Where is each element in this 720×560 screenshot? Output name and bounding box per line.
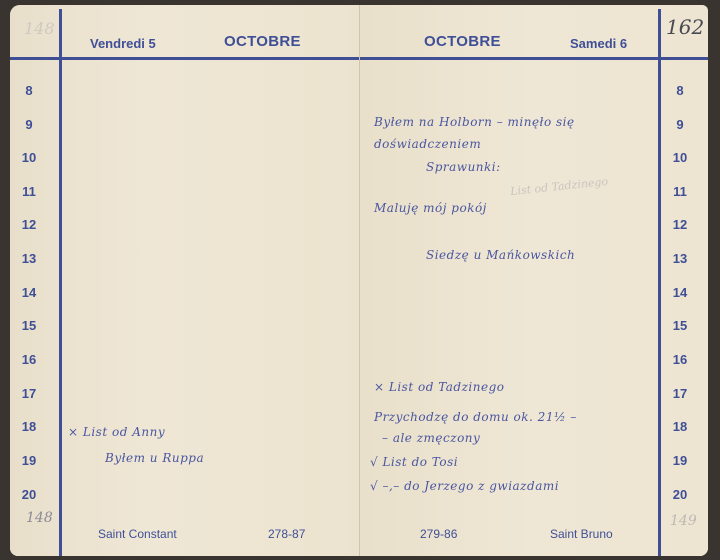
hour-label: 18 [14,419,44,434]
left-page-number: 148 [26,510,53,526]
right-page: OCTOBRE Samedi 6 162 8 9 10 11 12 13 14 … [360,5,708,556]
hour-label: 10 [14,150,44,165]
hour-label: 15 [665,318,695,333]
right-page-number: 149 [670,513,697,529]
hour-label: 8 [14,83,44,98]
handwritten-entry: doświadczeniem [374,137,481,151]
diary-spread: 148 Vendredi 5 OCTOBRE 8 9 10 11 12 13 1… [10,5,708,556]
hour-label: 12 [14,217,44,232]
right-margin-rule [658,9,661,556]
right-day-count: 279-86 [420,527,457,541]
hour-label: 16 [14,352,44,367]
left-margin-rule [59,9,62,556]
hour-label: 16 [665,352,695,367]
hour-label: 20 [14,487,44,502]
hour-label: 20 [665,487,695,502]
handwritten-entry: √ List do Tosi [370,455,458,469]
left-saint: Saint Constant [98,527,177,541]
left-header-rule [10,57,360,60]
handwritten-entry: Przychodzę do domu ok. 21½ – [374,410,577,424]
left-page: 148 Vendredi 5 OCTOBRE 8 9 10 11 12 13 1… [10,5,360,556]
left-day-label: Vendredi 5 [90,36,156,51]
hour-label: 13 [665,251,695,266]
hour-label: 17 [665,386,695,401]
left-month: OCTOBRE [224,33,301,50]
hour-label: 10 [665,150,695,165]
hour-label: 19 [14,453,44,468]
right-page-number-top: 162 [666,15,704,39]
hour-label: 14 [14,285,44,300]
left-day-count: 278-87 [268,527,305,541]
handwritten-entry: Byłem na Holborn – minęło się [374,115,575,129]
hour-label: 18 [665,419,695,434]
handwritten-entry: × List od Anny [68,425,165,439]
left-page-number-top: 148 [24,19,55,38]
handwritten-entry: Sprawunki: [426,160,501,174]
handwritten-entry: Byłem u Ruppa [105,451,204,465]
hour-label: 8 [665,83,695,98]
hour-label: 17 [14,386,44,401]
handwritten-entry: Maluję mój pokój [374,201,487,215]
hour-label: 13 [14,251,44,266]
right-saint: Saint Bruno [550,527,613,541]
hour-label: 15 [14,318,44,333]
hour-label: 11 [14,184,44,199]
right-month: OCTOBRE [424,33,501,50]
hour-label: 9 [14,117,44,132]
bleed-through-text: List od Tadzinego [510,175,609,198]
hour-label: 11 [665,184,695,199]
hour-label: 19 [665,453,695,468]
hour-label: 9 [665,117,695,132]
right-day-label: Samedi 6 [570,36,627,51]
handwritten-entry: √ –,– do Jerzego z gwiazdami [370,479,559,493]
right-header-rule [360,57,708,60]
handwritten-entry: × List od Tadzinego [374,380,505,394]
hour-label: 14 [665,285,695,300]
handwritten-entry: – ale zmęczony [382,431,480,445]
hour-label: 12 [665,217,695,232]
handwritten-entry: Siedzę u Mańkowskich [426,248,575,262]
